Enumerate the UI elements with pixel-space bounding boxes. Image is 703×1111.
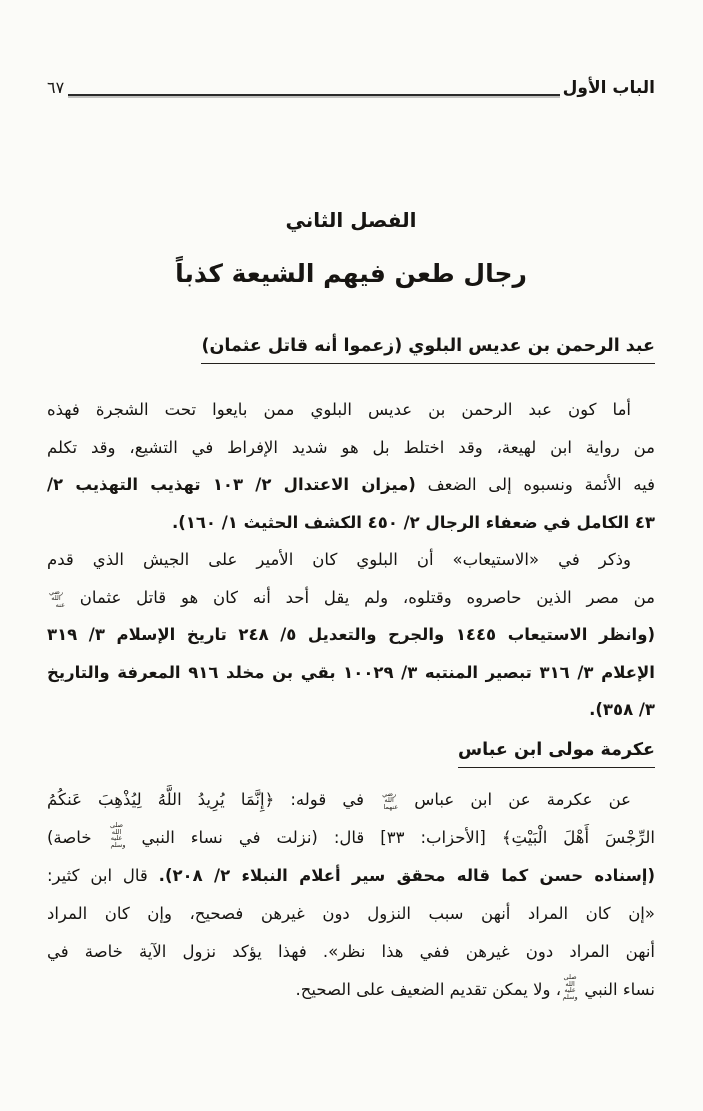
text-line: من رواية ابن لهيعة، وقد اختلط بل هو شديد…: [47, 429, 655, 467]
section-body: عن عكرمة عن ابن عباس رضي الله عنهما في ق…: [47, 781, 655, 1009]
paragraph: عن عكرمة عن ابن عباس رضي الله عنهما في ق…: [47, 781, 655, 1009]
body-text: من مصر الذين حاصروه وقتلوه، ولم يقل أحد …: [65, 588, 655, 607]
text-line: نساء النبي صلى الله عليه وسلم، ولا يمكن …: [47, 971, 655, 1009]
header-rule: [68, 94, 559, 96]
page-number: ٦٧: [47, 76, 64, 100]
body-text: خاصة): [47, 828, 108, 847]
text-line: ٣/ ٣٥٨).: [47, 691, 655, 729]
honorific-mark: صلى الله عليه وسلم: [108, 822, 126, 848]
body-text: في قوله: ﴿إِنَّمَا يُرِيدُ اللَّهُ لِيُذ…: [47, 790, 380, 809]
body-text: من رواية ابن لهيعة، وقد اختلط بل هو شديد…: [47, 438, 655, 457]
body-text: نساء النبي: [579, 980, 655, 999]
text-line: (إسناده حسن كما قاله محقق سير أعلام النب…: [47, 857, 655, 895]
paragraph: أما كون عبد الرحمن بن عديس البلوي ممن با…: [47, 391, 655, 541]
text-line: فيه الأئمة ونسبوه إلى الضعف (ميزان الاعت…: [47, 466, 655, 504]
chapter-heading: الفصل الثاني: [47, 208, 655, 232]
text-line: أما كون عبد الرحمن بن عديس البلوي ممن با…: [47, 391, 655, 429]
section-abd-alrahman-ibn-udays: عبد الرحمن بن عديس البلوي (زعموا أنه قات…: [47, 336, 655, 729]
section-heading: عبد الرحمن بن عديس البلوي (زعموا أنه قات…: [47, 336, 655, 364]
reference-bold-text: ٣/ ٣٥٨).: [589, 700, 655, 719]
text-line: الإعلام ٣/ ٣١٦ تبصير المنتبه ٣/ ١٠٠٢٩ بق…: [47, 654, 655, 692]
page-header: الباب الأول ٦٧: [47, 0, 655, 100]
text-line: عن عكرمة عن ابن عباس رضي الله عنهما في ق…: [47, 781, 655, 819]
paragraph: وذكر في «الاستيعاب» أن البلوي كان الأمير…: [47, 541, 655, 729]
reference-bold-text: (إسناده حسن كما قاله محقق سير أعلام النب…: [159, 866, 655, 885]
body-text: ، ولا يمكن تقديم الضعيف على الصحيح.: [295, 980, 561, 999]
body-text: أما كون عبد الرحمن بن عديس البلوي ممن با…: [47, 400, 631, 419]
text-line: (وانظر الاستيعاب ١٤٤٥ والجرح والتعديل ٥/…: [47, 616, 655, 654]
text-line: وذكر في «الاستيعاب» أن البلوي كان الأمير…: [47, 541, 655, 579]
text-line: ٤٣ الكامل في ضعفاء الرجال ٢/ ٤٥٠ الكشف ا…: [47, 504, 655, 542]
section-ikrima-mawla-ibn-abbas: عكرمة مولى ابن عباس عن عكرمة عن ابن عباس…: [47, 740, 655, 1009]
running-chapter-label: الباب الأول: [563, 76, 655, 100]
body-text: فيه الأئمة ونسبوه إلى الضعف: [416, 475, 655, 494]
body-text: وذكر في «الاستيعاب» أن البلوي كان الأمير…: [47, 550, 631, 569]
honorific-mark: صلى الله عليه وسلم: [561, 974, 579, 1000]
section-heading-text: عكرمة مولى ابن عباس: [458, 740, 655, 768]
section-heading: عكرمة مولى ابن عباس: [47, 740, 655, 768]
body-text: عن عكرمة عن ابن عباس: [398, 790, 631, 809]
section-body: أما كون عبد الرحمن بن عديس البلوي ممن با…: [47, 391, 655, 729]
book-page: الباب الأول ٦٧ الفصل الثاني رجال طعن فيه…: [0, 0, 703, 1009]
text-line: الرِّجْسَ أَهْلَ الْبَيْتِ﴾ [الأحزاب: ٣٣…: [47, 819, 655, 857]
honorific-mark: رضي الله عنهما: [380, 791, 398, 811]
body-text: أنهن المراد دون غيرهن ففي هذا نظر». فهذا…: [47, 942, 655, 961]
section-heading-text: عبد الرحمن بن عديس البلوي (زعموا أنه قات…: [201, 336, 655, 364]
body-text: «إن كان المراد أنهن سبب النزول دون غيرهن…: [47, 904, 655, 923]
honorific-mark: رضي الله عنه: [47, 589, 65, 609]
text-line: «إن كان المراد أنهن سبب النزول دون غيرهن…: [47, 895, 655, 933]
scanned-book-page: { "header": { "chapter_label": "الباب ال…: [0, 0, 703, 1111]
reference-bold-text: الإعلام ٣/ ٣١٦ تبصير المنتبه ٣/ ١٠٠٢٩ بق…: [47, 663, 655, 682]
text-line: من مصر الذين حاصروه وقتلوه، ولم يقل أحد …: [47, 579, 655, 617]
body-text: الرِّجْسَ أَهْلَ الْبَيْتِ﴾ [الأحزاب: ٣٣…: [126, 828, 655, 847]
main-title: رجال طعن فيهم الشيعة كذباً: [47, 259, 655, 288]
reference-bold-text: ٤٣ الكامل في ضعفاء الرجال ٢/ ٤٥٠ الكشف ا…: [172, 513, 655, 532]
text-line: أنهن المراد دون غيرهن ففي هذا نظر». فهذا…: [47, 933, 655, 971]
body-text: قال ابن كثير:: [47, 866, 159, 885]
reference-bold-text: (وانظر الاستيعاب ١٤٤٥ والجرح والتعديل ٥/…: [47, 625, 655, 644]
reference-bold-text: (ميزان الاعتدال ٢/ ١٠٣ تهذيب التهذيب ٢/: [47, 475, 416, 494]
